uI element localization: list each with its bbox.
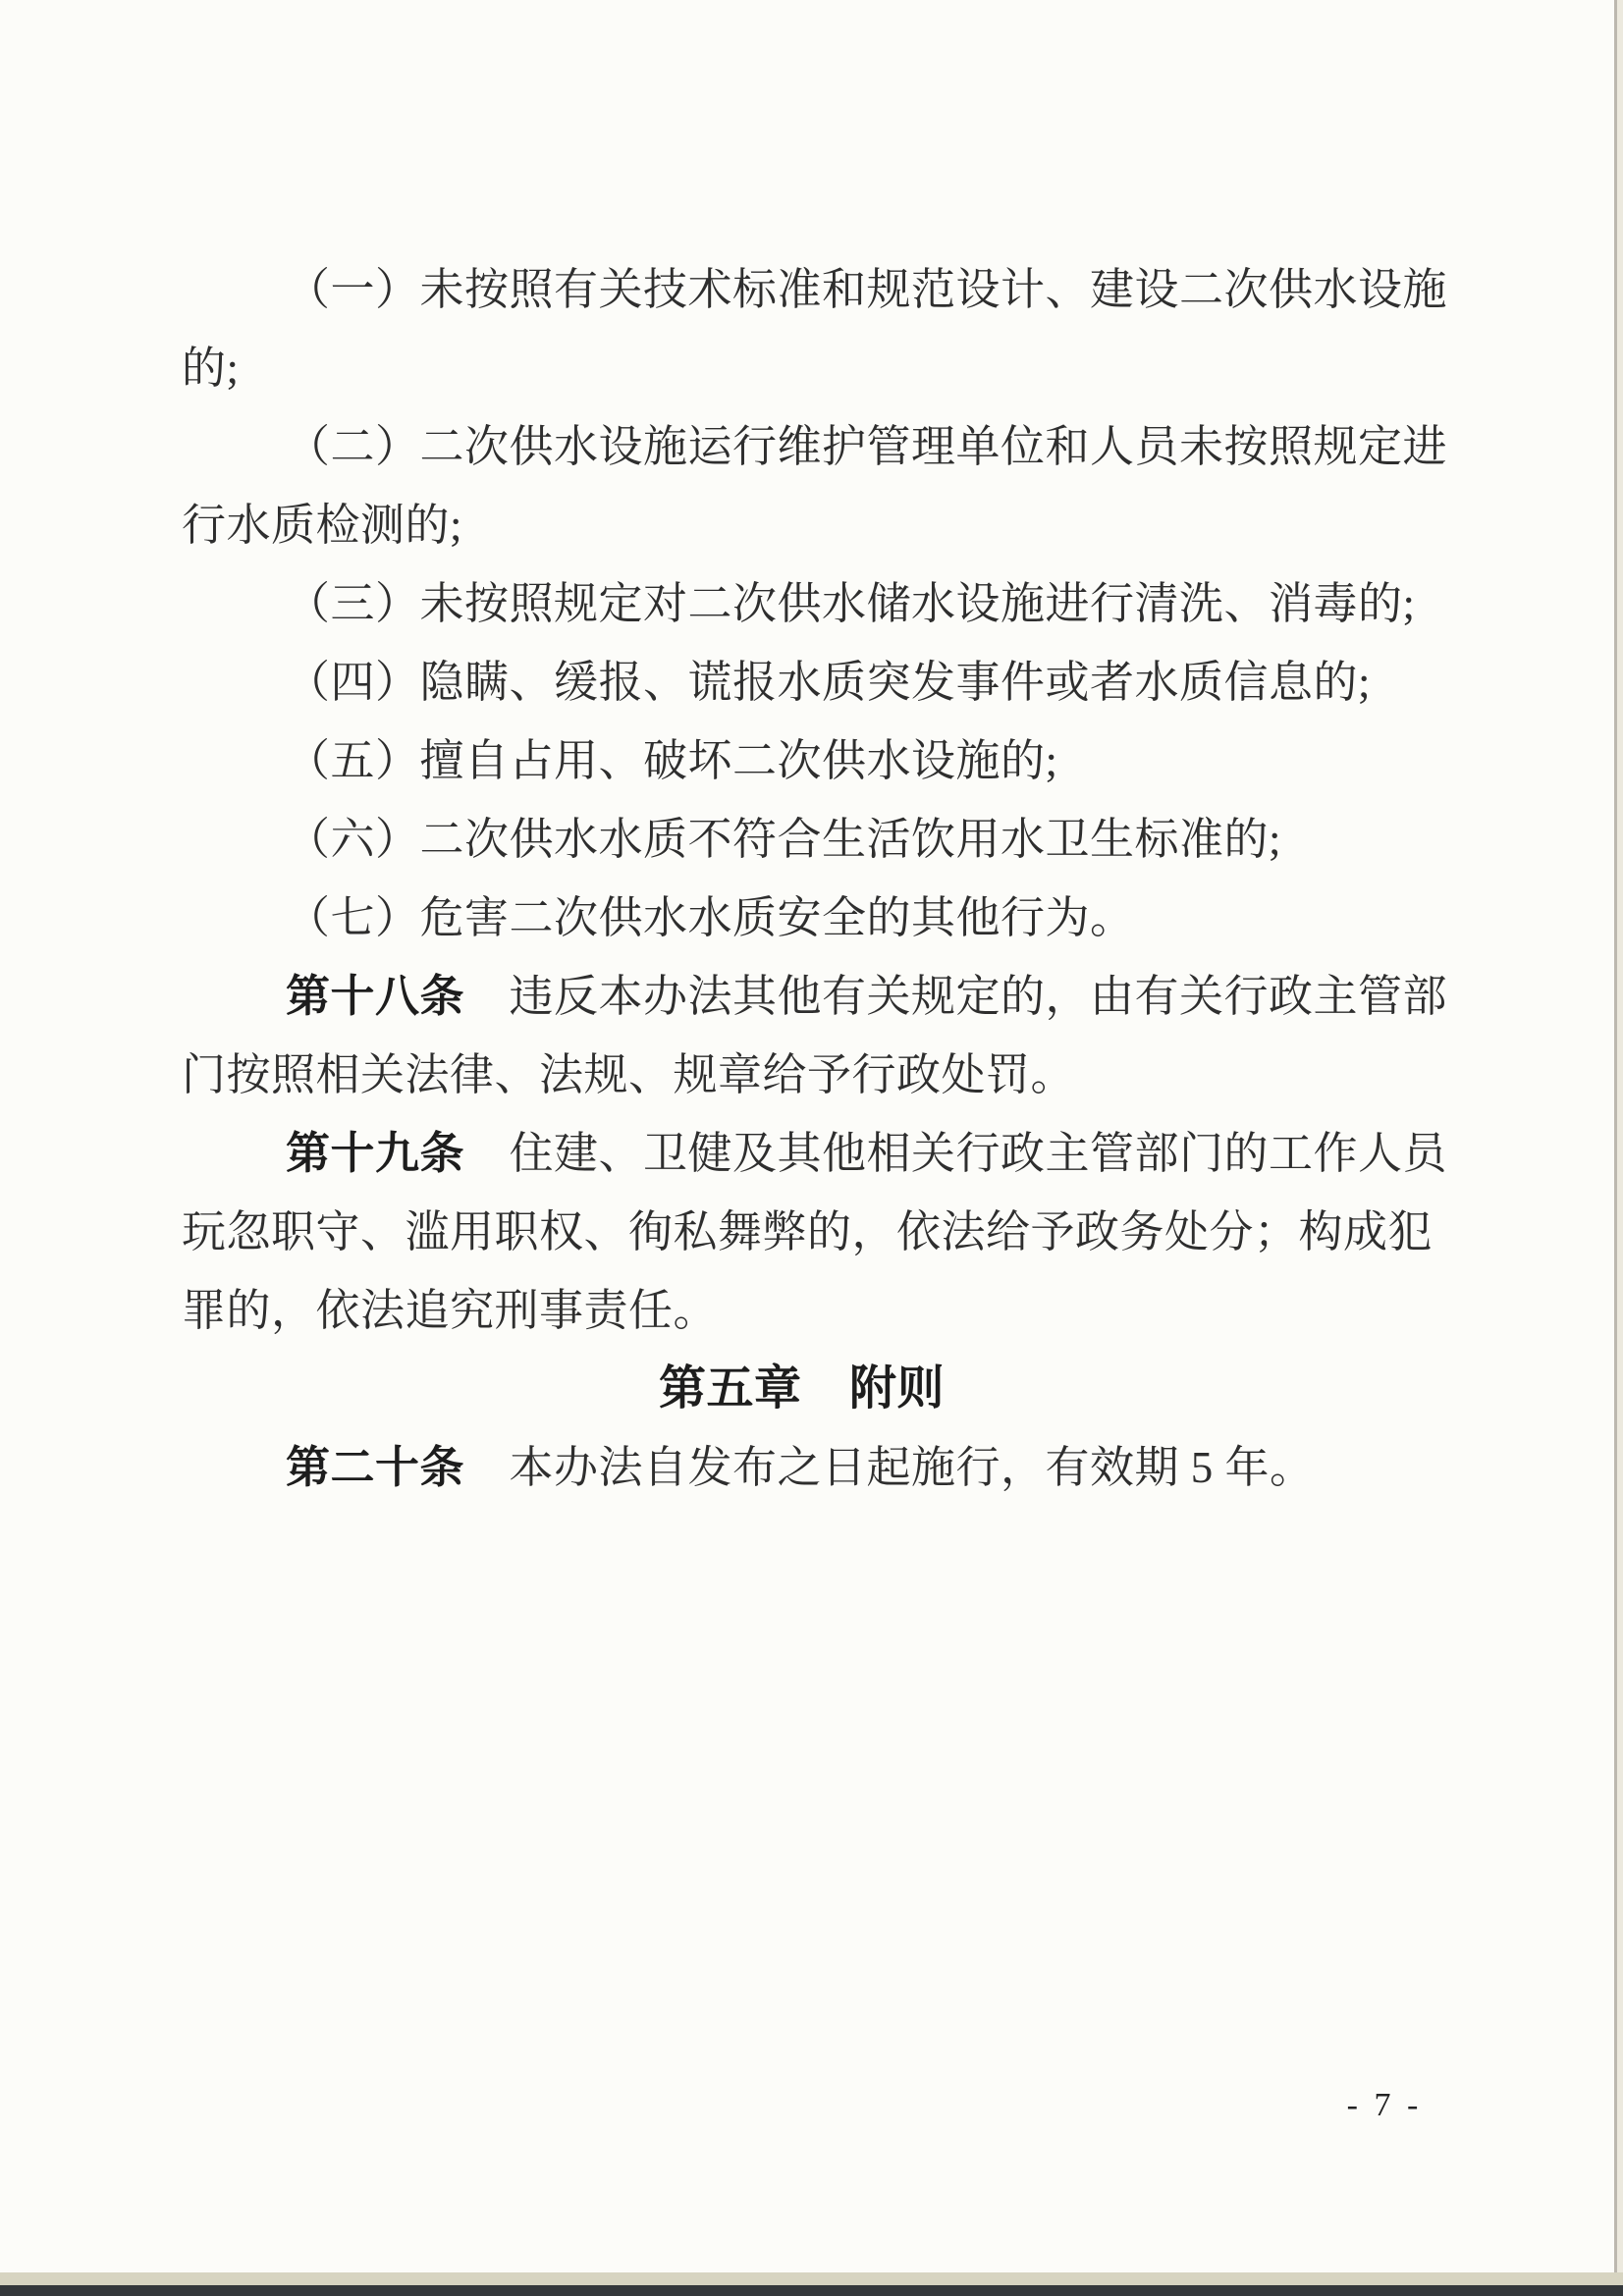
body-text: 的; (182, 344, 240, 393)
body-text: 门按照相关法律、法规、规章给予行政处罚。 (182, 1050, 1075, 1099)
article-number-label: 第五章 附则 (659, 1362, 945, 1415)
document-line-article-19-line-2: 玩忽职守、滥用职权、徇私舞弊的，依法给予政务处分；构成犯 (182, 1193, 1422, 1271)
body-text: （六）二次供水水质不符合生活饮用水卫生标准的; (286, 815, 1281, 864)
body-text: 玩忽职守、滥用职权、徇私舞弊的，依法给予政务处分；构成犯 (182, 1207, 1433, 1256)
body-text: （七）危害二次供水水质安全的其他行为。 (286, 893, 1135, 942)
body-text: 本办法自发布之日起施行，有效期 5 年。 (464, 1443, 1315, 1492)
document-line-item-4: （四）隐瞒、缓报、谎报水质突发事件或者水质信息的; (182, 643, 1422, 721)
document-line-item-7: （七）危害二次供水水质安全的其他行为。 (182, 879, 1422, 957)
article-number-label: 第二十条 (286, 1443, 464, 1492)
document-line-item-2-line-2: 行水质检测的; (182, 486, 1422, 564)
body-text: 罪的，依法追究刑事责任。 (182, 1286, 718, 1335)
article-number-label: 第十八条 (286, 972, 464, 1021)
body-text: 行水质检测的; (182, 501, 462, 550)
body-text: 住建、卫健及其他相关行政主管部门的工作人员 (464, 1129, 1447, 1178)
scan-bottom-paper-edge (0, 2272, 1623, 2285)
document-line-chapter-5-heading: 第五章 附则 (182, 1350, 1422, 1428)
document-line-item-2-line-1: （二）二次供水设施运行维护管理单位和人员未按照规定进 (182, 407, 1422, 486)
body-text: （一）未按照有关技术标准和规范设计、建设二次供水设施 (286, 265, 1447, 314)
body-text: （二）二次供水设施运行维护管理单位和人员未按照规定进 (286, 422, 1447, 471)
body-text: 违反本办法其他有关规定的，由有关行政主管部 (464, 972, 1447, 1021)
scan-right-edge-line (1614, 0, 1617, 2296)
document-line-item-3: （三）未按照规定对二次供水储水设施进行清洗、消毒的; (182, 564, 1422, 643)
body-text: （五）擅自占用、破坏二次供水设施的; (286, 736, 1058, 785)
scanned-document-page: （一）未按照有关技术标准和规范设计、建设二次供水设施的;（二）二次供水设施运行维… (0, 0, 1623, 2296)
document-line-item-1-line-1: （一）未按照有关技术标准和规范设计、建设二次供水设施 (182, 250, 1422, 329)
document-line-article-18-line-2: 门按照相关法律、法规、规章给予行政处罚。 (182, 1036, 1422, 1114)
page-number: - 7 - (1306, 2081, 1463, 2130)
scan-right-edge-strip (1617, 0, 1623, 2296)
article-number-label: 第十九条 (286, 1129, 464, 1178)
document-line-article-19-line-1: 第十九条 住建、卫健及其他相关行政主管部门的工作人员 (182, 1114, 1422, 1193)
document-line-item-5: （五）擅自占用、破坏二次供水设施的; (182, 721, 1422, 800)
body-text: （三）未按照规定对二次供水储水设施进行清洗、消毒的; (286, 579, 1416, 628)
body-text: （四）隐瞒、缓报、谎报水质突发事件或者水质信息的; (286, 658, 1371, 707)
document-line-article-19-line-3: 罪的，依法追究刑事责任。 (182, 1271, 1422, 1350)
scan-bottom-shadow-band (0, 2285, 1623, 2296)
document-line-article-18-line-1: 第十八条 违反本办法其他有关规定的，由有关行政主管部 (182, 957, 1422, 1036)
document-line-article-20: 第二十条 本办法自发布之日起施行，有效期 5 年。 (182, 1428, 1422, 1507)
document-line-item-6: （六）二次供水水质不符合生活饮用水卫生标准的; (182, 800, 1422, 879)
document-body: （一）未按照有关技术标准和规范设计、建设二次供水设施的;（二）二次供水设施运行维… (182, 250, 1422, 1507)
document-line-item-1-line-2: 的; (182, 329, 1422, 407)
